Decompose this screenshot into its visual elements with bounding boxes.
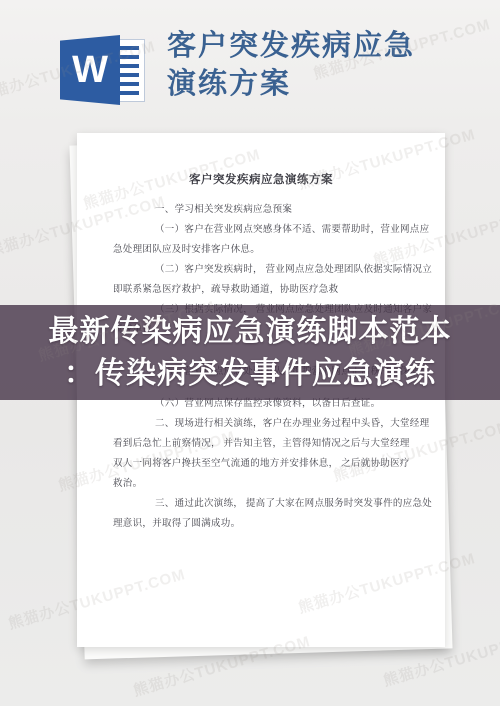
document-text-line: 理意识，并取得了圆满成功。 — [77, 514, 445, 534]
document-text-line: （一）客户在营业网点突感身体不适、需要帮助时，营业网点应 — [77, 220, 445, 240]
document-text-line: 看到后急忙上前察情况， 并告知主管，主管得知情况之后与大堂经理 — [77, 434, 445, 454]
page-title-line1: 客户突发疾病应急 — [167, 27, 415, 65]
caption-line2: ：传染病突发事件应急演练 — [64, 353, 436, 395]
word-icon-letter: W — [60, 35, 120, 105]
caption-banner: 最新传染病应急演练脚本范本 ：传染病突发事件应急演练 — [0, 305, 500, 400]
document-text-line: （二）客户突发疾病时， 营业网点应急处理团队依据实际情况立 — [77, 260, 445, 280]
caption-line1: 最新传染病应急演练脚本范本 — [49, 311, 452, 353]
document-text-line: 救治。 — [77, 474, 445, 494]
document-text-line: 一、学习相关突发疾病应急预案 — [77, 200, 445, 220]
document-text-line: 即联系紧急医疗救护，疏导救助通道，协助医疗急救 — [77, 280, 445, 300]
header: W 客户突发疾病应急 演练方案 — [0, 0, 500, 130]
document-text-line: 二、现场进行相关演练，客户在办理业务过程中头昏，大堂经理 — [77, 414, 445, 434]
word-file-icon: W — [57, 31, 147, 109]
document-title: 客户突发疾病应急演练方案 — [77, 171, 445, 187]
document-preview: W 客户突发疾病应急 演练方案 客户突发疾病应急演练方案 一、学习相关突发疾病应… — [0, 0, 500, 706]
document-text-line: 双人一同将客户搀扶至空气流通的地方并安排休息， 之后就协助医疗 — [77, 454, 445, 474]
page-title-line2: 演练方案 — [167, 65, 415, 103]
page-title: 客户突发疾病应急 演练方案 — [167, 27, 415, 103]
document-text-line: 三、通过此次演练， 提高了大家在网点服务时突发事件的应急处 — [77, 494, 445, 514]
document-text-line: 急处理团队应及时安排客户休息。 — [77, 240, 445, 260]
